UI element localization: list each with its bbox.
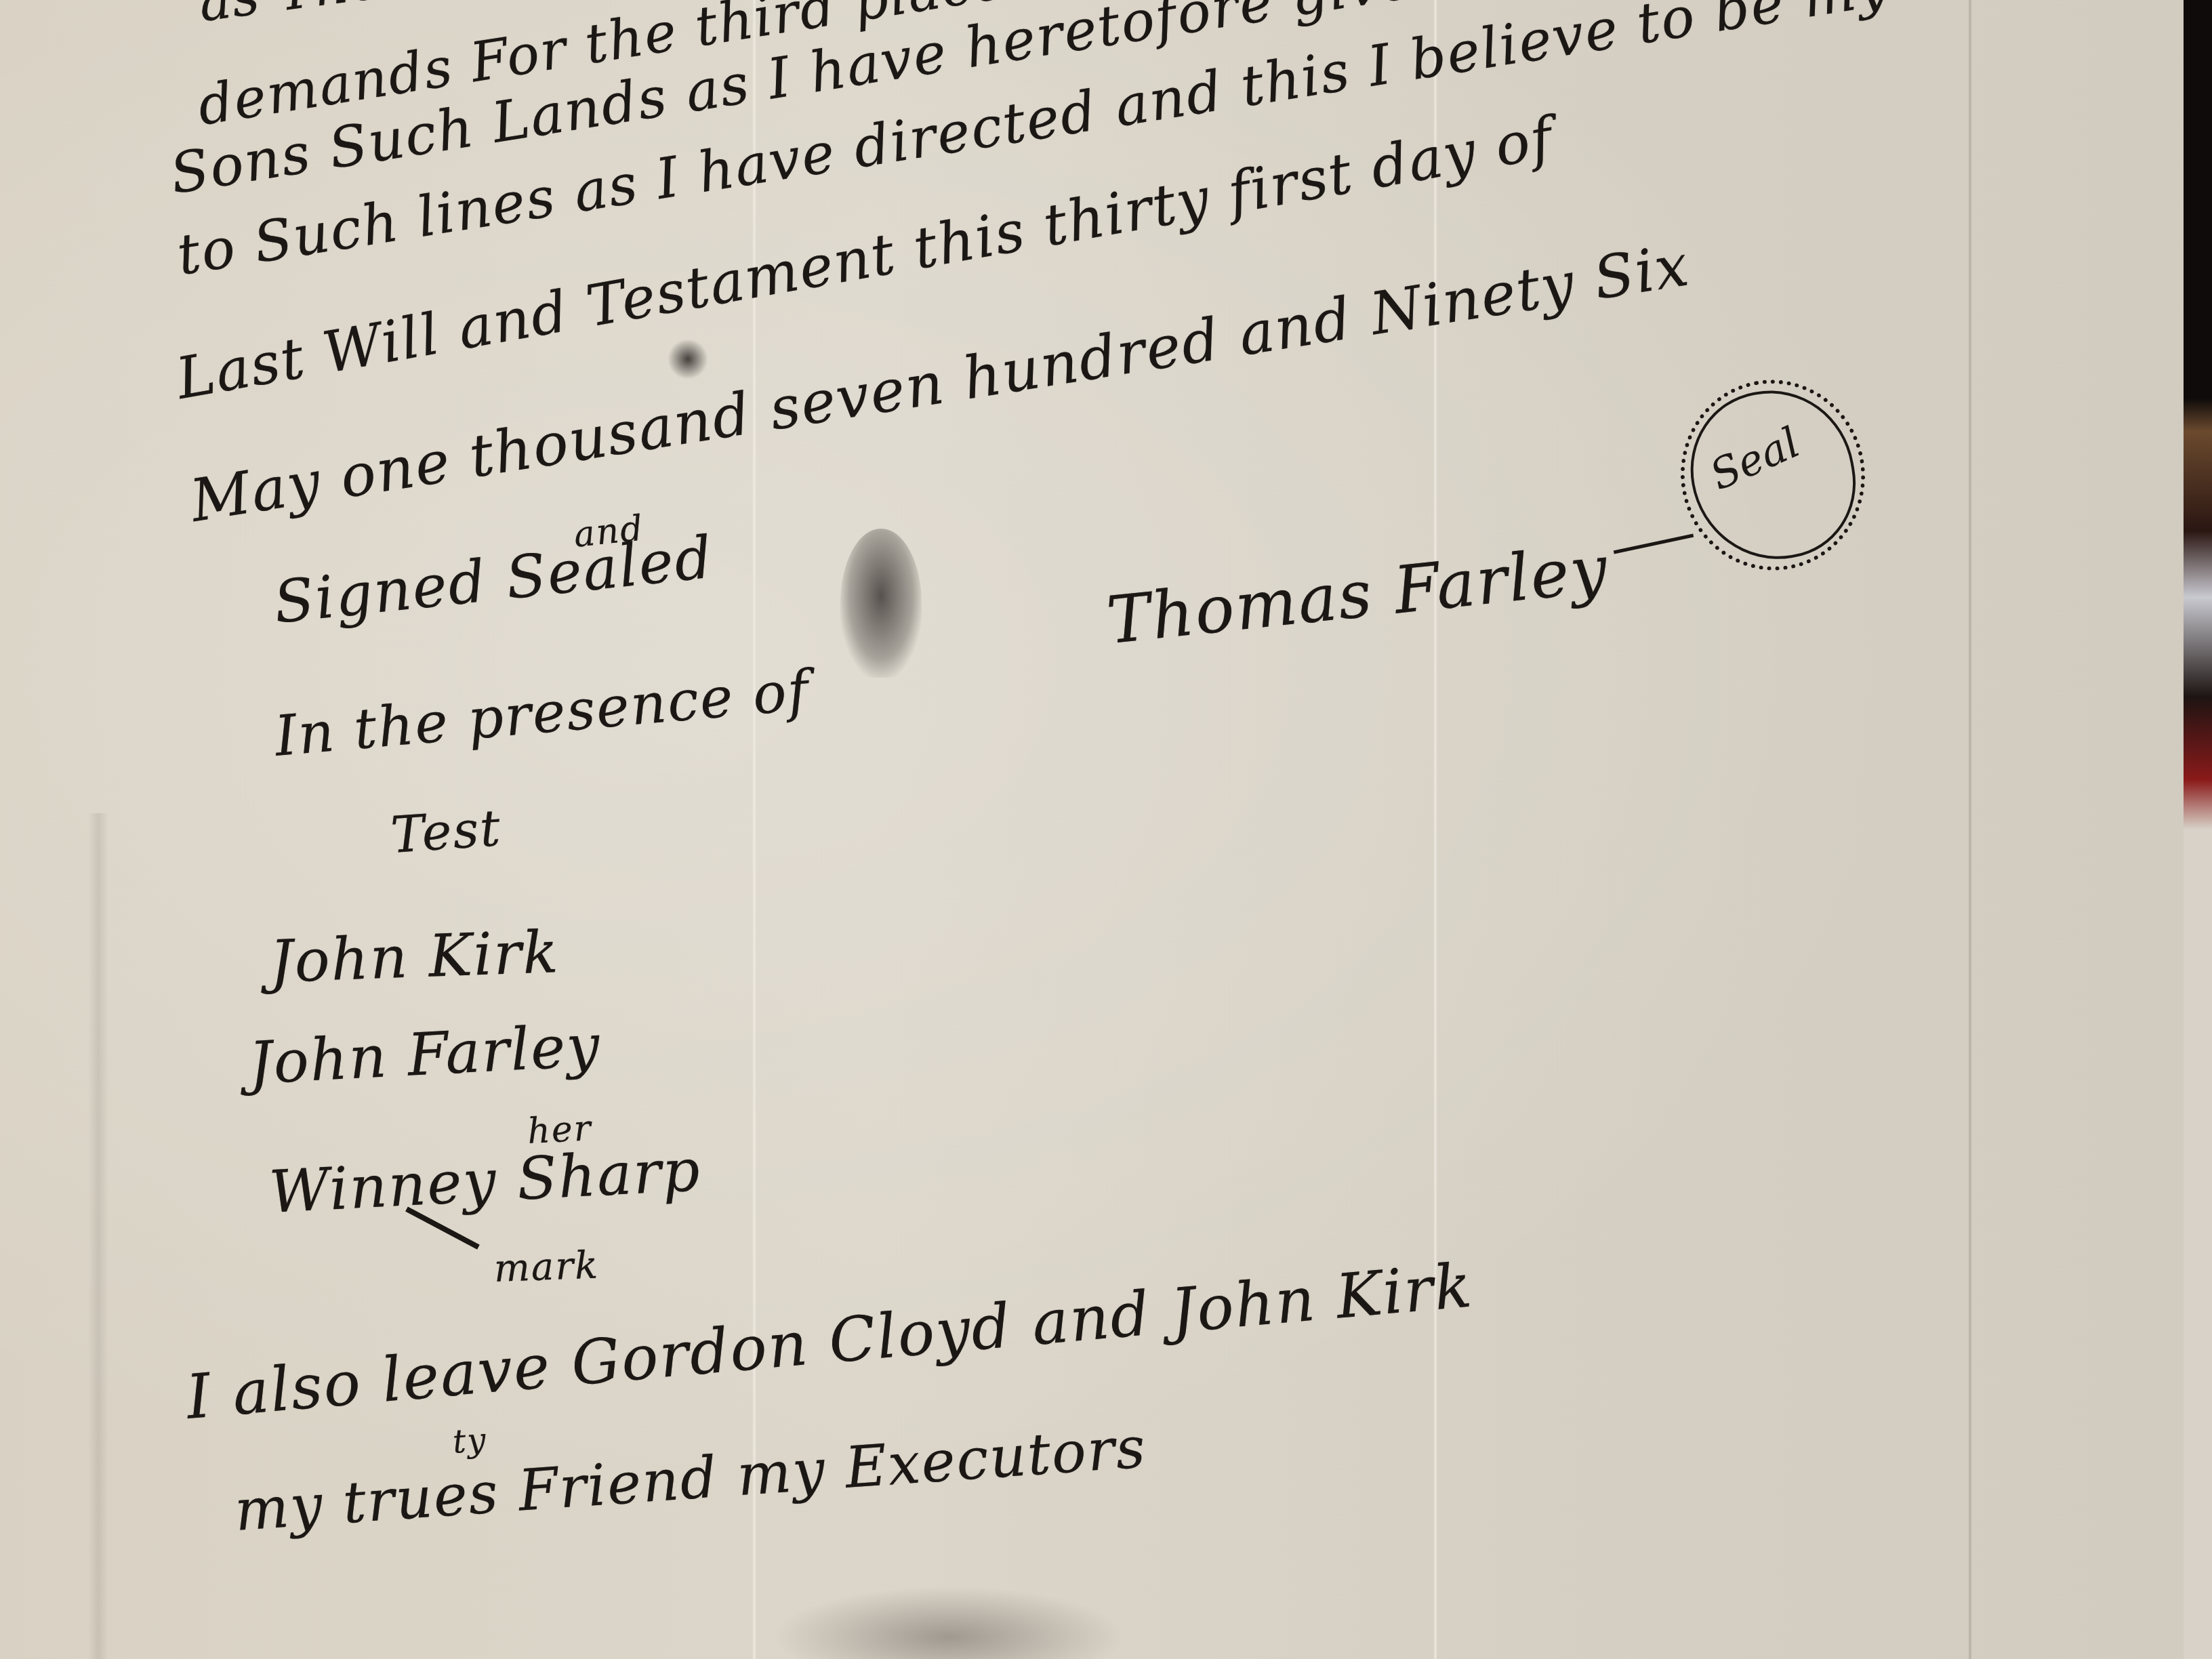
codicil-line-2: my trues Friend my Executors — [232, 1414, 1148, 1544]
seal-connector — [1614, 534, 1694, 554]
in-presence-text: In the presence of — [272, 658, 813, 769]
witness-mark-label: mark — [493, 1244, 600, 1291]
signed-sealed-text: Signed Sealed — [271, 524, 717, 637]
witness-signature: John Farley — [247, 1012, 602, 1098]
ink-blot — [668, 339, 708, 380]
test-label: Test — [389, 799, 504, 865]
ink-blot — [840, 529, 922, 678]
witness-signature: John Kirk — [269, 918, 561, 996]
testator-signature: Thomas Farley — [1103, 531, 1612, 659]
seal-icon: Seal — [1666, 365, 1881, 586]
copy-shadow — [88, 813, 108, 1659]
fold-line — [1433, 0, 1437, 1659]
codicil-insert: ty — [451, 1421, 488, 1461]
fold-line — [1969, 0, 1971, 1659]
witness-signature: Winney Sharp — [268, 1136, 703, 1227]
will-document-page: as Thee Shall See ... demands For the th… — [0, 0, 2184, 1659]
codicil-line-1: I also leave Gordon Cloyd and John Kirk — [184, 1250, 1475, 1433]
background-surface — [2179, 0, 2212, 1659]
torn-edge-shadow — [773, 1586, 1125, 1659]
